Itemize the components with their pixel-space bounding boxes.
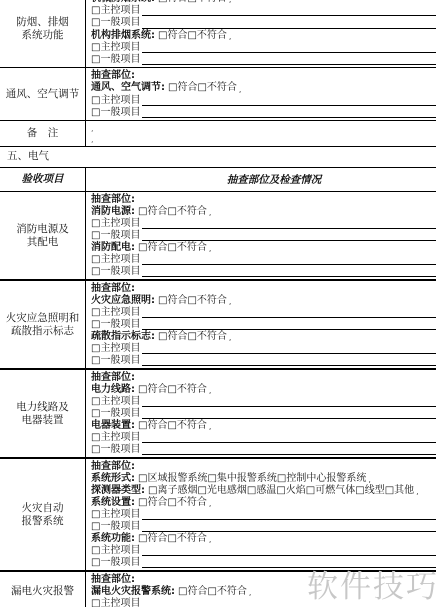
field-label: 抽查部位: xyxy=(91,283,135,295)
field-text: □符合□不符合 xyxy=(158,331,227,343)
content-line: □一般项目 xyxy=(91,107,436,119)
content-line: , xyxy=(91,123,436,134)
field-text: □一般项目 xyxy=(91,521,140,533)
content-line: □一般项目 xyxy=(91,355,436,367)
field-text: □符合□不符合 xyxy=(158,295,227,307)
field-text: □一般项目 xyxy=(91,54,140,66)
row-label-line: 电器装置 xyxy=(22,414,64,427)
blank-underline xyxy=(142,54,436,65)
paragraph-mark: , xyxy=(91,123,94,134)
content-line: □主控项目 xyxy=(91,307,436,319)
field-text: □主控项目 xyxy=(91,509,140,521)
paragraph-mark: , xyxy=(239,85,242,95)
table-row: 火灾应急照明和疏散指示标志抽查部位:火灾应急照明:□符合□不符合,□主控项目□一… xyxy=(0,281,436,370)
field-text: □符合□不符合 xyxy=(138,420,207,432)
field-label: 抽查部位: xyxy=(91,372,135,384)
field-label: 火灾应急照明: xyxy=(91,295,155,307)
field-text: □一般项目 xyxy=(91,107,140,119)
paragraph-mark: , xyxy=(229,333,232,343)
table-row: 消防电源及其配电抽查部位:消防电源:□符合□不符合,□主控项目□一般项目消防配电… xyxy=(0,192,436,281)
field-text: □符合□不符合 xyxy=(158,30,227,42)
content-line: 系统功能:□符合□不符合, xyxy=(91,533,436,545)
field-text: □一般项目 xyxy=(91,355,140,367)
row-content: 抽查部位:消防电源:□符合□不符合,□主控项目□一般项目消防配电:□符合□不符合… xyxy=(86,192,436,279)
field-text: □符合□不符合 xyxy=(138,497,207,509)
field-text: □一般项目 xyxy=(91,408,140,420)
table-row: 电力线路及电器装置抽查部位:电力线路:□符合□不符合,□主控项目□一般项目电器装… xyxy=(0,370,436,459)
paragraph-mark: , xyxy=(368,475,371,485)
content-line: 疏散指示标志:□符合□不符合, xyxy=(91,331,436,343)
field-text: □一般项目 xyxy=(91,319,140,331)
blank-underline xyxy=(142,5,436,16)
section-title-electrical: 五、电气 xyxy=(7,149,49,163)
content-line: 电器装置:□符合□不符合, xyxy=(91,420,436,432)
field-text: □区域报警系统□集中报警系统□控制中心报警系统 xyxy=(138,473,366,485)
field-text: □一般项目 xyxy=(91,230,140,242)
paragraph-mark: , xyxy=(209,499,212,509)
content-line: 电力线路:□符合□不符合, xyxy=(91,384,436,396)
field-text: □一般项目 xyxy=(91,444,140,456)
content-line: 火灾应急照明:□符合□不符合, xyxy=(91,295,436,307)
paragraph-mark: , xyxy=(229,32,232,42)
content-line: □主控项目 xyxy=(91,545,436,557)
table-body: 消防电源及其配电抽查部位:消防电源:□符合□不符合,□主控项目□一般项目消防配电… xyxy=(0,192,436,607)
row-label-line: 火灾自动 xyxy=(22,502,64,515)
row-label-line: 防烟、排烟 xyxy=(16,16,69,29)
header-inspection-status: 抽查部位及检查情况 xyxy=(86,168,436,191)
content-line: □一般项目 xyxy=(91,54,436,66)
content-line: 通风、空气调节:□符合□不符合, xyxy=(91,82,436,94)
table-row: 通风、空气调节抽查部位:通风、空气调节:□符合□不符合,□主控项目□一般项目 xyxy=(0,68,436,121)
field-label: 电力线路: xyxy=(91,384,135,396)
field-label: 系统功能: xyxy=(91,533,135,545)
content-line: 抽查部位: xyxy=(91,461,436,473)
row-label: 消防电源及其配电 xyxy=(0,192,86,279)
field-label: 抽查部位: xyxy=(91,70,135,82)
paragraph-mark: , xyxy=(209,244,212,254)
paragraph-mark: , xyxy=(209,422,212,432)
paragraph-mark: , xyxy=(91,134,94,145)
row-label-line: 疏散指示标志 xyxy=(11,325,74,338)
electrical-inspection-table: 验收项目 抽查部位及检查情况 消防电源及其配电抽查部位:消防电源:□符合□不符合… xyxy=(0,167,436,607)
field-text: □离子感烟□光电感烟□感温□火焰□可燃气体□线型□其他 xyxy=(148,485,414,497)
row-content: 抽查部位:火灾应急照明:□符合□不符合,□主控项目□一般项目疏散指示标志:□符合… xyxy=(86,281,436,368)
field-text: □主控项目 xyxy=(91,598,140,607)
field-text: □符合□不符合 xyxy=(138,384,207,396)
content-line: 抽查部位: xyxy=(91,194,436,206)
row-label-line: 报警系统 xyxy=(22,515,64,528)
blank-underline xyxy=(142,107,436,118)
blank-underline xyxy=(142,396,436,407)
field-label: 抽查部位: xyxy=(91,461,135,473)
smoke-ventilation-table: 防烟、排烟系统功能机械防烟系统:□符合□不符合,□主控项目□一般项目机构排烟系统… xyxy=(0,0,436,147)
paragraph-mark: , xyxy=(229,297,232,307)
blank-underline xyxy=(142,266,436,277)
field-text: □符合□不符合 xyxy=(178,586,247,598)
field-text: □符合□不符合 xyxy=(168,82,237,94)
blank-underline xyxy=(142,444,436,455)
row-label: 电力线路及电器装置 xyxy=(0,370,86,457)
field-label: 通风、空气调节: xyxy=(91,82,165,94)
watermark-text: 软件技巧 xyxy=(307,570,436,604)
blank-underline xyxy=(142,545,436,556)
table-row: 火灾自动报警系统抽查部位:系统形式:□区域报警系统□集中报警系统□控制中心报警系… xyxy=(0,459,436,572)
content-line: 消防电源:□符合□不符合, xyxy=(91,206,436,218)
field-text: □主控项目 xyxy=(91,95,140,107)
row-label-line: 漏电火灾报警 xyxy=(11,585,74,598)
row-label-line: 电力线路及 xyxy=(16,401,69,414)
field-text: □主控项目 xyxy=(91,42,140,54)
field-label: 抽查部位: xyxy=(91,574,135,586)
content-line: □主控项目 xyxy=(91,396,436,408)
content-line: □主控项目 xyxy=(91,95,436,107)
content-line: 消防配电:□符合□不符合, xyxy=(91,242,436,254)
paragraph-mark: , xyxy=(249,588,252,598)
field-text: □主控项目 xyxy=(91,5,140,17)
row-content: 抽查部位:系统形式:□区域报警系统□集中报警系统□控制中心报警系统,探测器类型:… xyxy=(86,459,436,570)
content-line: 探测器类型:□离子感烟□光电感烟□感温□火焰□可燃气体□线型□其他, xyxy=(91,485,436,497)
row-content: ,, xyxy=(86,121,436,146)
row-label-line: 通风、空气调节 xyxy=(6,88,80,101)
row-label: 通风、空气调节 xyxy=(0,68,86,120)
blank-underline xyxy=(142,18,436,29)
field-label: 电器装置: xyxy=(91,420,135,432)
content-line: □主控项目 xyxy=(91,42,436,54)
content-line: 抽查部位: xyxy=(91,283,436,295)
blank-underline xyxy=(142,408,436,419)
blank-underline xyxy=(142,509,436,520)
field-label: 系统形式: xyxy=(91,473,135,485)
field-text: □主控项目 xyxy=(91,343,140,355)
paragraph-mark: , xyxy=(209,386,212,396)
row-label-line: 其配电 xyxy=(27,236,59,249)
paragraph-mark: , xyxy=(209,535,212,545)
field-text: □一般项目 xyxy=(91,17,140,29)
table-row: 备 注,, xyxy=(0,121,436,147)
blank-underline xyxy=(142,95,436,106)
field-text: □主控项目 xyxy=(91,307,140,319)
row-label-line: 系统功能 xyxy=(22,29,64,42)
blank-underline xyxy=(142,42,436,53)
table-row: 防烟、排烟系统功能机械防烟系统:□符合□不符合,□主控项目□一般项目机构排烟系统… xyxy=(0,0,436,68)
content-line: 系统设置:□符合□不符合, xyxy=(91,497,436,509)
content-line: □主控项目 xyxy=(91,254,436,266)
field-text: □主控项目 xyxy=(91,254,140,266)
field-text: □符合□不符合 xyxy=(138,533,207,545)
content-line: 抽查部位: xyxy=(91,70,436,82)
blank-underline xyxy=(142,355,436,366)
blank-underline xyxy=(142,319,436,330)
field-label: 机构排烟系统: xyxy=(91,30,155,42)
field-text: □符合□不符合 xyxy=(138,206,207,218)
content-line: □一般项目 xyxy=(91,266,436,278)
content-line: □一般项目 xyxy=(91,408,436,420)
field-label: 探测器类型: xyxy=(91,485,145,497)
row-label-line: 备 注 xyxy=(27,127,59,140)
content-line: □主控项目 xyxy=(91,509,436,521)
row-label: 火灾自动报警系统 xyxy=(0,459,86,570)
paragraph-mark: , xyxy=(209,208,212,218)
row-label: 备 注 xyxy=(0,121,86,146)
content-line: □一般项目 xyxy=(91,444,436,456)
field-text: □主控项目 xyxy=(91,218,140,230)
paragraph-mark: , xyxy=(416,487,419,497)
blank-underline xyxy=(142,307,436,318)
row-label-line: 消防电源及 xyxy=(16,223,69,236)
row-label-line: 火灾应急照明和 xyxy=(6,312,80,325)
row-content: 机械防烟系统:□符合□不符合,□主控项目□一般项目机构排烟系统:□符合□不符合,… xyxy=(86,0,436,67)
field-text: □一般项目 xyxy=(91,557,140,569)
row-label: 防烟、排烟系统功能 xyxy=(0,0,86,67)
content-line: □一般项目 xyxy=(91,521,436,533)
field-label: 漏电火灾报警系统: xyxy=(91,586,175,598)
blank-underline xyxy=(142,254,436,265)
field-text: □主控项目 xyxy=(91,432,140,444)
content-line: 机构排烟系统:□符合□不符合, xyxy=(91,30,436,42)
content-line: □主控项目 xyxy=(91,5,436,17)
content-line: □主控项目 xyxy=(91,343,436,355)
row-label: 漏电火灾报警 xyxy=(0,572,86,607)
row-content: 抽查部位:电力线路:□符合□不符合,□主控项目□一般项目电器装置:□符合□不符合… xyxy=(86,370,436,457)
blank-underline xyxy=(142,557,436,568)
field-text: □主控项目 xyxy=(91,545,140,557)
blank-underline xyxy=(142,230,436,241)
field-label: 系统设置: xyxy=(91,497,135,509)
content-line: □一般项目 xyxy=(91,230,436,242)
blank-underline xyxy=(142,343,436,354)
blank-underline xyxy=(142,218,436,229)
blank-underline xyxy=(142,521,436,532)
scanned-form-page: 防烟、排烟系统功能机械防烟系统:□符合□不符合,□主控项目□一般项目机构排烟系统… xyxy=(0,0,436,607)
row-content: 抽查部位:通风、空气调节:□符合□不符合,□主控项目□一般项目 xyxy=(86,68,436,120)
table-header-row: 验收项目 抽查部位及检查情况 xyxy=(0,167,436,192)
row-label: 火灾应急照明和疏散指示标志 xyxy=(0,281,86,368)
blank-underline xyxy=(142,432,436,443)
content-line: □一般项目 xyxy=(91,319,436,331)
content-line: □一般项目 xyxy=(91,17,436,29)
field-label: 消防电源: xyxy=(91,206,135,218)
content-line: 系统形式:□区域报警系统□集中报警系统□控制中心报警系统, xyxy=(91,473,436,485)
content-line: □主控项目 xyxy=(91,432,436,444)
field-text: □一般项目 xyxy=(91,266,140,278)
header-acceptance-items: 验收项目 xyxy=(0,168,86,191)
field-text: □符合□不符合 xyxy=(138,242,207,254)
content-line: □一般项目 xyxy=(91,557,436,569)
field-label: 消防配电: xyxy=(91,242,135,254)
field-label: 抽查部位: xyxy=(91,194,135,206)
content-line: □主控项目 xyxy=(91,218,436,230)
field-text: □主控项目 xyxy=(91,396,140,408)
content-line: 抽查部位: xyxy=(91,372,436,384)
field-label: 疏散指示标志: xyxy=(91,331,155,343)
content-line: , xyxy=(91,134,436,145)
